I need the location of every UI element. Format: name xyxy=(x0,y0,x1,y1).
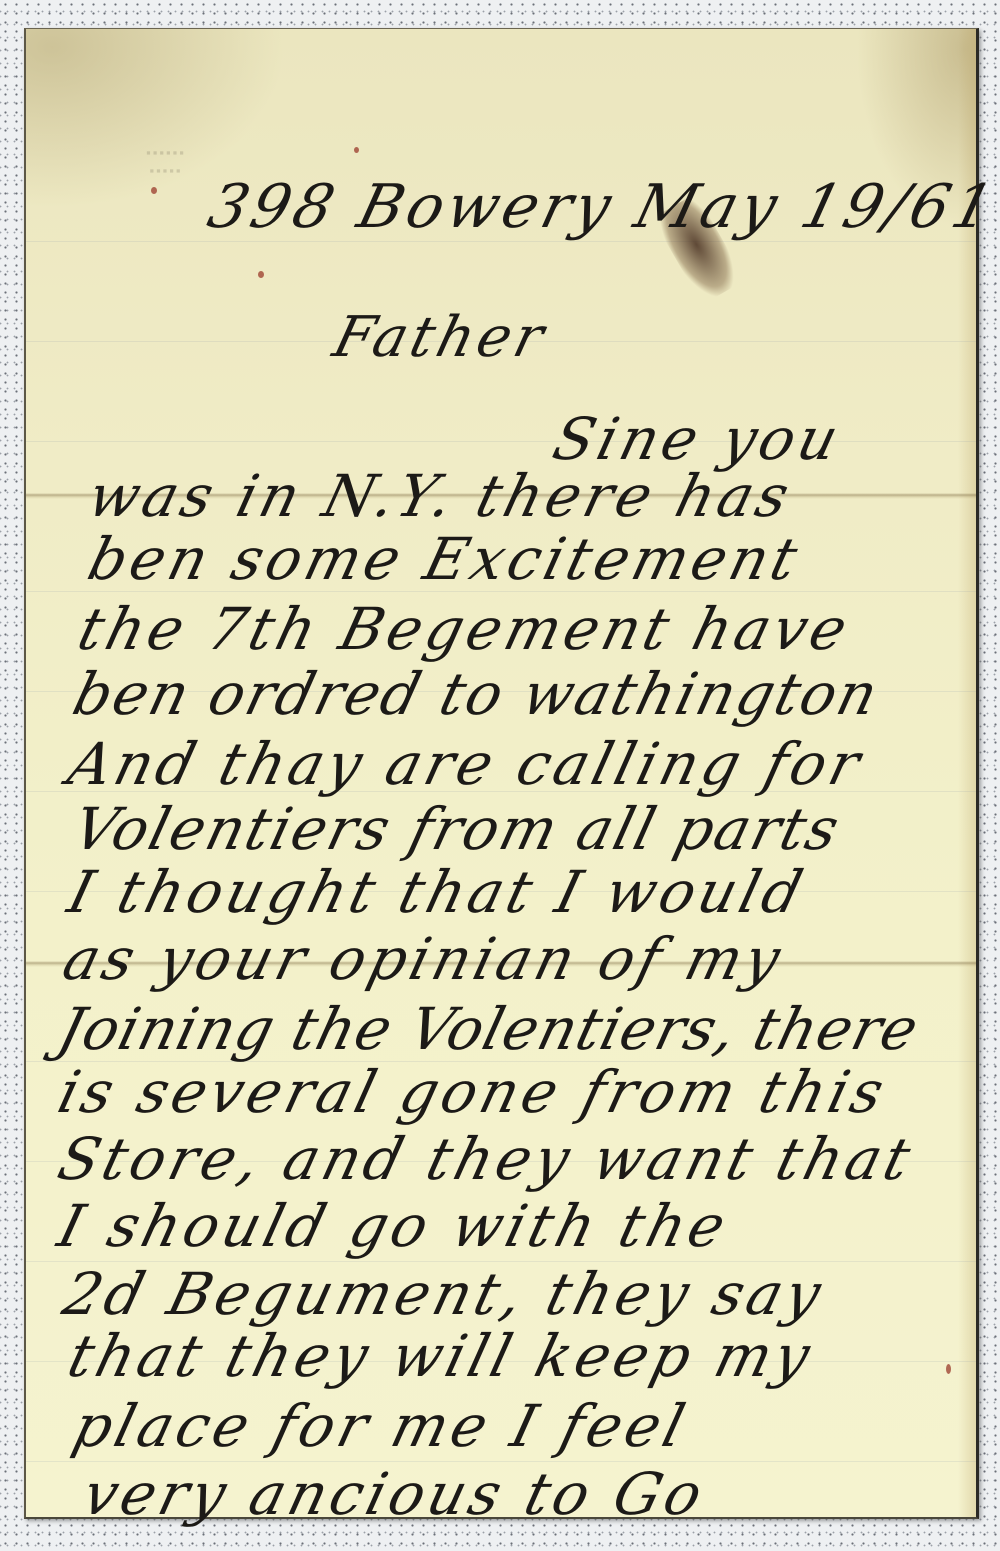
letter-line: Joining the Volentiers, there xyxy=(52,995,926,1063)
letter-line: I should go with the xyxy=(52,1192,737,1260)
letter-line: ben some Excitement xyxy=(82,525,808,593)
letter-line: the 7th Begement have xyxy=(72,595,858,663)
letter-line: very ancious to Go xyxy=(77,1460,713,1528)
letter-line: that they will keep my xyxy=(62,1322,821,1390)
foxing-spot xyxy=(151,187,157,194)
salutation: Father xyxy=(327,305,554,370)
foxing-spot xyxy=(258,271,264,278)
edge-discoloration xyxy=(958,29,976,1517)
letter-line: Store, and they want that xyxy=(52,1125,921,1193)
foxing-spot xyxy=(354,147,359,153)
letter-line: ben ordred to wathington xyxy=(67,660,887,728)
faint-embossed-stamp: ▪▪▪▪▪▪▪▪▪▪▪ xyxy=(106,144,226,180)
letter-line: I thought that I would xyxy=(62,858,813,926)
letter-line: Volentiers from all parts xyxy=(67,795,848,863)
letter-heading: 398 Bowery May 19/61 xyxy=(201,172,1000,242)
foxing-spot xyxy=(946,1364,951,1374)
letter-line: was in N.Y. there has xyxy=(82,462,800,530)
letter-line: 2d Begument, they say xyxy=(57,1260,832,1328)
letter-line: as your opinian of my xyxy=(57,925,791,993)
letter-line: is several gone from this xyxy=(52,1058,895,1126)
letter-line: place for me I feel xyxy=(67,1392,696,1460)
letter-line: And thay are calling for xyxy=(62,730,871,798)
